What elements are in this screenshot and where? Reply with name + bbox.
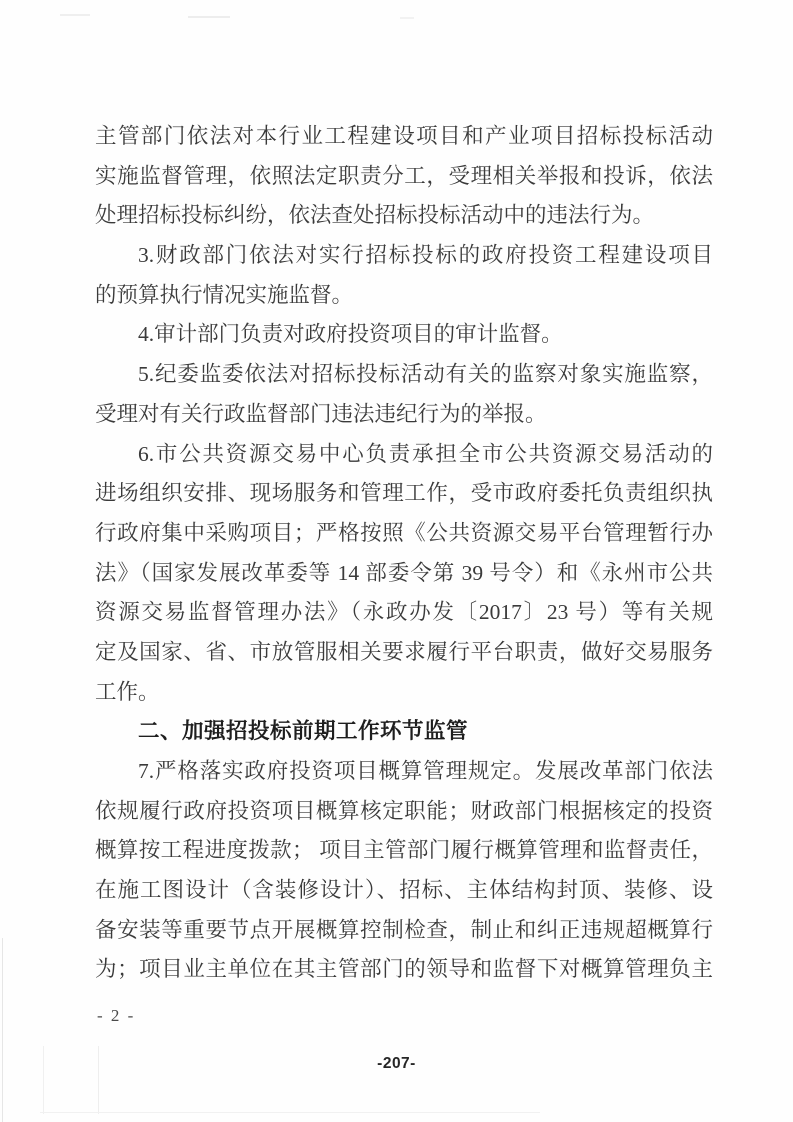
text-line: 进场组织安排、现场服务和管理工作，受市政府委托负责组织执 xyxy=(95,474,713,514)
text-line: 6.市公共资源交易中心负责承担全市公共资源交易活动的 xyxy=(95,435,713,475)
text-line: 受理对有关行政监督部门违法违纪行为的举报。 xyxy=(95,395,713,435)
text-line: 工作。 xyxy=(95,673,713,713)
text-line: 实施监督管理，依照法定职责分工，受理相关举报和投诉，依法 xyxy=(95,157,713,197)
text-line: 主管部门依法对本行业工程建设项目和产业项目招标投标活动 xyxy=(95,117,713,157)
text-line: 资源交易监督管理办法》（永政办发〔2017〕23 号）等有关规 xyxy=(95,593,713,633)
print-page-number: -207- xyxy=(0,1055,793,1073)
text-line: 7.严格落实政府投资项目概算管理规定。发展改革部门依法 xyxy=(95,752,713,792)
text-line: 3.财政部门依法对实行招标投标的政府投资工程建设项目 xyxy=(95,236,713,276)
text-line: 概算按工程进度拨款； 项目主管部门履行概算管理和监督责任， xyxy=(95,831,713,871)
text-line: 依规履行政府投资项目概算核定职能；财政部门根据核定的投资 xyxy=(95,792,713,832)
section-heading: 二、加强招投标前期工作环节监管 xyxy=(95,712,713,752)
scan-artifact xyxy=(188,16,230,18)
text-line: 备安装等重要节点开展概算控制检查，制止和纠正违规超概算行 xyxy=(95,911,713,951)
text-line: 4.审计部门负责对政府投资项目的审计监督。 xyxy=(95,315,713,355)
scanned-document-page: 主管部门依法对本行业工程建设项目和产业项目招标投标活动实施监督管理，依照法定职责… xyxy=(0,0,793,1122)
text-line: 在施工图设计（含装修设计）、招标、主体结构封顶、装修、设 xyxy=(95,871,713,911)
document-text-block: 主管部门依法对本行业工程建设项目和产业项目招标投标活动实施监督管理，依照法定职责… xyxy=(95,117,713,990)
text-line: 法》（国家发展改革委等 14 部委令第 39 号令）和《永州市公共 xyxy=(95,554,713,594)
scan-artifact xyxy=(60,14,90,16)
text-line: 处理招标投标纠纷，依法查处招标投标活动中的违法行为。 xyxy=(95,196,713,236)
scan-artifact xyxy=(40,1112,540,1113)
text-line: 行政府集中采购项目；严格按照《公共资源交易平台管理暂行办 xyxy=(95,514,713,554)
text-line: 的预算执行情况实施监督。 xyxy=(95,276,713,316)
text-line: 5.纪委监委依法对招标投标活动有关的监察对象实施监察， xyxy=(95,355,713,395)
text-line: 定及国家、省、市放管服相关要求履行平台职责，做好交易服务 xyxy=(95,633,713,673)
text-line: 为；项目业主单位在其主管部门的领导和监督下对概算管理负主 xyxy=(95,950,713,990)
scan-artifact-left-edge xyxy=(2,938,3,1122)
scan-artifact xyxy=(400,17,414,19)
document-page-label: - 2 - xyxy=(97,1006,135,1026)
